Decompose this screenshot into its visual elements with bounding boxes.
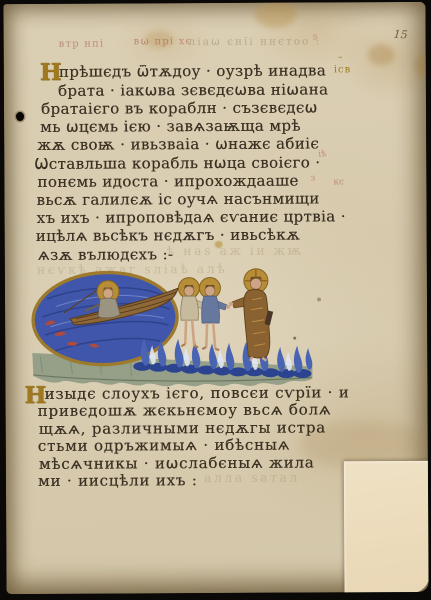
- text-line: привєдошѫ жєкьнємоу вьсѧ болѧ: [38, 400, 332, 420]
- parchment-hole: [16, 112, 24, 121]
- folio-number: 15: [393, 27, 408, 41]
- miniature-calling-of-james-and-john: [30, 265, 323, 395]
- text-line: понємь идоста · ипрохождааше: [37, 172, 298, 191]
- text-line: вьсѫ галилєѫ іс оучѧ насънмищи: [36, 189, 319, 208]
- stain-top-center: [254, 2, 296, 28]
- text-block-2: изыдє слоухъ ієго, повсєи сѵрїи · и прив…: [3, 2, 425, 4]
- zebedee-head: [103, 289, 113, 299]
- apostle-john-figure: [199, 277, 230, 350]
- text-line: братаієго въ кораблн · съзєвєдєѡ: [41, 98, 318, 117]
- titlo-mark: ˜: [338, 56, 343, 67]
- text-line: хъ ихъ · ипроповѣдаѧ єѵаниє цртвіа ·: [37, 207, 346, 227]
- bleedthrough-line: ѣ наѕ аж іи жѭ: [167, 243, 304, 259]
- manuscript-page: втр нпі вѡ прі хє ліаѡ єнїі ннєтоо : ѕ 1…: [3, 2, 428, 594]
- margin-gloss-3: кє: [333, 177, 344, 187]
- text-line: мь ѡцємь ією · завѧзаѭща мрѣ: [40, 117, 301, 136]
- photograph-background: втр нпі вѡ прі хє ліаѡ єнїі ннєтоо : ѕ 1…: [0, 0, 431, 600]
- text-line: стьми одръжимыѧ · ибѣсныѧ: [38, 436, 290, 455]
- christ-figure: [229, 269, 274, 361]
- repair-patch: [344, 461, 429, 593]
- text-line: жѫ своѭ · ивьзваіа · ѡнажє абиіє: [37, 134, 319, 153]
- weekday-rubric: втр нпі: [59, 39, 105, 50]
- text-line: брата · іакѡва зєвєдєѡва ніѡана: [58, 80, 328, 99]
- stain-top-right: [368, 44, 395, 65]
- text-line: ми · иисцѣли ихъ :: [38, 471, 198, 490]
- text-line: Ѡставльша корабль нѡца своієго ·: [34, 153, 320, 172]
- bleedthrough-line: алла ѕатал: [204, 470, 300, 486]
- margin-gloss-2: з: [310, 173, 315, 183]
- stain-right-edge: [415, 54, 429, 78]
- header-bleedthrough: ліаѡ єнїі ннєтоо :: [189, 35, 322, 48]
- pericope-rubric: вѡ прі хє: [134, 36, 193, 47]
- header-margin-mark: ѕ: [313, 31, 319, 42]
- text-line: прѣшєдъ ѿтѫдоу · оузрѣ инадва: [59, 61, 326, 80]
- text-block-1: прѣшєдъ ѿтѫдоу · оузрѣ инадва брата · іа…: [3, 2, 425, 4]
